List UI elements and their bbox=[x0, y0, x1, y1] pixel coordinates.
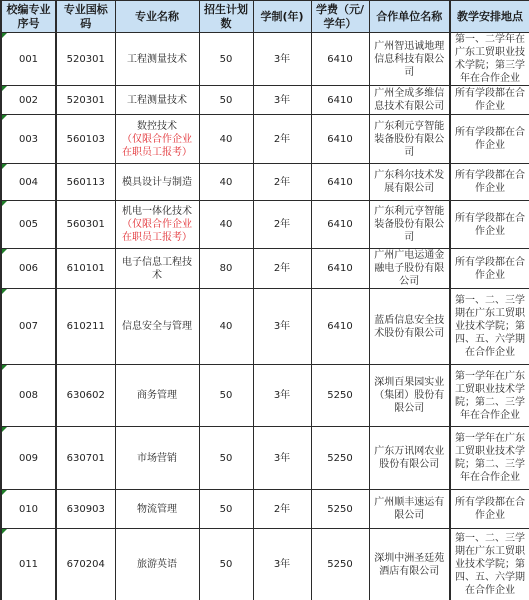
cell-fee: 6410 bbox=[311, 201, 369, 249]
cell-seq-text: 008 bbox=[19, 390, 38, 401]
cell-plan: 80 bbox=[199, 249, 253, 289]
cell-name-text: 旅游英语 bbox=[137, 559, 177, 570]
cell-code-text: 670204 bbox=[67, 559, 105, 570]
cell-seq: 010 bbox=[1, 490, 56, 529]
cell-fee-text: 6410 bbox=[327, 134, 352, 145]
cell-code-text: 630903 bbox=[67, 504, 105, 515]
cell-name-text: 市场营销 bbox=[137, 453, 177, 464]
cell-fee: 5250 bbox=[311, 490, 369, 529]
cell-partner: 广州顺丰速运有限公司 bbox=[369, 490, 450, 529]
cell-plan: 50 bbox=[199, 490, 253, 529]
cell-fee-text: 5250 bbox=[327, 504, 352, 515]
cell-name: 模具设计与制造 bbox=[115, 164, 199, 201]
cell-seq: 008 bbox=[1, 365, 56, 427]
cell-name-text: 信息安全与管理 bbox=[122, 321, 192, 332]
cell-seq-text: 001 bbox=[19, 54, 38, 65]
cell-seq-text: 003 bbox=[19, 134, 38, 145]
cell-comment-marker-icon bbox=[2, 115, 7, 120]
cell-location-text: 所有学段都在合作企业 bbox=[455, 213, 525, 237]
cell-location-text: 第一、二、三学期在广东工贸职业技术学院；第四、五、六学期在合作企业 bbox=[455, 533, 525, 596]
header-seq: 校编专业序号 bbox=[1, 1, 56, 33]
cell-plan-text: 40 bbox=[220, 134, 233, 145]
cell-plan-text: 50 bbox=[220, 453, 233, 464]
cell-name: 旅游英语 bbox=[115, 529, 199, 600]
cell-seq: 002 bbox=[1, 86, 56, 115]
cell-fee-text: 6410 bbox=[327, 54, 352, 65]
cell-plan-text: 50 bbox=[220, 559, 233, 570]
cell-fee: 6410 bbox=[311, 115, 369, 164]
cell-comment-marker-icon bbox=[2, 164, 7, 169]
table-row: 004560113模具设计与制造402年6410广东科尔技术发展有限公司所有学段… bbox=[1, 164, 529, 201]
cell-plan: 50 bbox=[199, 427, 253, 490]
cell-comment-marker-icon bbox=[2, 33, 7, 38]
header-name: 专业名称 bbox=[115, 1, 199, 33]
cell-partner: 广州全成多维信息技术有限公司 bbox=[369, 86, 450, 115]
cell-plan-text: 50 bbox=[220, 504, 233, 515]
cell-plan: 50 bbox=[199, 529, 253, 600]
cell-years-text: 3年 bbox=[274, 559, 290, 570]
cell-comment-marker-icon bbox=[2, 529, 7, 534]
cell-partner: 广东利元亨智能装备股份有限公司 bbox=[369, 201, 450, 249]
cell-fee: 5250 bbox=[311, 427, 369, 490]
table-row: 006610101电子信息工程技术802年6410广州广电运通金融电子股份有限公… bbox=[1, 249, 529, 289]
header-code: 专业国标码 bbox=[56, 1, 115, 33]
table-row: 011670204旅游英语503年5250深圳中洲圣廷苑酒店有限公司第一、二、三… bbox=[1, 529, 529, 600]
cell-years: 3年 bbox=[253, 427, 311, 490]
cell-code: 630602 bbox=[56, 365, 115, 427]
cell-comment-marker-icon bbox=[2, 86, 7, 91]
cell-code-text: 560103 bbox=[67, 134, 105, 145]
cell-years-text: 2年 bbox=[274, 177, 290, 188]
cell-years: 2年 bbox=[253, 201, 311, 249]
cell-partner: 深圳中洲圣廷苑酒店有限公司 bbox=[369, 529, 450, 600]
cell-years-text: 2年 bbox=[274, 504, 290, 515]
cell-partner: 深圳百果园实业（集团）股份有限公司 bbox=[369, 365, 450, 427]
cell-name: 工程测量技术 bbox=[115, 86, 199, 115]
cell-partner-text: 深圳中洲圣廷苑酒店有限公司 bbox=[374, 553, 444, 577]
cell-plan: 50 bbox=[199, 86, 253, 115]
cell-partner-text: 广州智迅诚地理信息科技有限公司 bbox=[374, 41, 444, 78]
cell-seq-text: 009 bbox=[19, 453, 38, 464]
cell-location-text: 第一学年在广东工贸职业技术学院；第二、三学年在合作企业 bbox=[455, 433, 525, 483]
cell-fee-text: 5250 bbox=[327, 390, 352, 401]
cell-code: 520301 bbox=[56, 33, 115, 86]
header-partner: 合作单位名称 bbox=[369, 1, 450, 33]
cell-code: 560103 bbox=[56, 115, 115, 164]
cell-seq-text: 002 bbox=[19, 95, 38, 106]
cell-partner-text: 深圳百果园实业（集团）股份有限公司 bbox=[374, 377, 444, 414]
cell-location: 第一、二、三学期在广东工贸职业技术学院；第四、五、六学期在合作企业 bbox=[450, 289, 529, 365]
cell-plan-text: 50 bbox=[220, 95, 233, 106]
cell-partner-text: 蓝盾信息安全技术股份有限公司 bbox=[374, 315, 444, 339]
cell-plan: 50 bbox=[199, 365, 253, 427]
cell-seq: 004 bbox=[1, 164, 56, 201]
cell-code-text: 560113 bbox=[67, 177, 105, 188]
header-plan: 招生计划数 bbox=[199, 1, 253, 33]
cell-years-text: 2年 bbox=[274, 219, 290, 230]
table-row: 002520301工程测量技术503年6410广州全成多维信息技术有限公司所有学… bbox=[1, 86, 529, 115]
cell-code: 560301 bbox=[56, 201, 115, 249]
cell-years: 3年 bbox=[253, 529, 311, 600]
cell-fee-text: 6410 bbox=[327, 95, 352, 106]
cell-name-text: 机电一体化技术 bbox=[122, 206, 192, 217]
cell-code-text: 560301 bbox=[67, 219, 105, 230]
cell-seq: 007 bbox=[1, 289, 56, 365]
cell-plan-text: 40 bbox=[220, 321, 233, 332]
cell-location-text: 所有学段都在合作企业 bbox=[455, 257, 525, 281]
cell-code-text: 610211 bbox=[67, 321, 105, 332]
cell-name-text: 物流管理 bbox=[137, 504, 177, 515]
cell-fee-text: 6410 bbox=[327, 263, 352, 274]
cell-name-text: 工程测量技术 bbox=[127, 95, 187, 106]
cell-years: 2年 bbox=[253, 164, 311, 201]
cell-years: 3年 bbox=[253, 289, 311, 365]
table-row: 008630602商务管理503年5250深圳百果园实业（集团）股份有限公司第一… bbox=[1, 365, 529, 427]
cell-fee-text: 6410 bbox=[327, 177, 352, 188]
cell-years: 3年 bbox=[253, 365, 311, 427]
cell-comment-marker-icon bbox=[2, 427, 7, 432]
cell-plan-text: 50 bbox=[220, 390, 233, 401]
enrollment-table: 校编专业序号 专业国标码 专业名称 招生计划数 学制(年) 学费（元/学年） 合… bbox=[0, 0, 529, 600]
cell-seq-text: 011 bbox=[19, 559, 38, 570]
cell-seq-text: 010 bbox=[19, 504, 38, 515]
cell-fee-text: 6410 bbox=[327, 321, 352, 332]
cell-plan-text: 40 bbox=[220, 219, 233, 230]
cell-code: 670204 bbox=[56, 529, 115, 600]
cell-fee: 5250 bbox=[311, 529, 369, 600]
cell-code-text: 610101 bbox=[67, 263, 105, 274]
cell-fee-text: 6410 bbox=[327, 219, 352, 230]
cell-fee-text: 5250 bbox=[327, 453, 352, 464]
cell-code-text: 520301 bbox=[67, 95, 105, 106]
cell-location: 所有学段都在合作企业 bbox=[450, 490, 529, 529]
cell-seq-text: 004 bbox=[19, 177, 38, 188]
cell-years-text: 2年 bbox=[274, 134, 290, 145]
cell-years: 2年 bbox=[253, 490, 311, 529]
enrollment-restriction-note: （仅限合作企业在职员工报考） bbox=[118, 218, 197, 244]
cell-partner-text: 广州广电运通金融电子股份有限公司 bbox=[374, 250, 444, 287]
cell-code: 520301 bbox=[56, 86, 115, 115]
header-fee: 学费（元/学年） bbox=[311, 1, 369, 33]
table-row: 003560103数控技术（仅限合作企业在职员工报考）402年6410广东利元亨… bbox=[1, 115, 529, 164]
cell-location: 第一、二学年在广东工贸职业技术学院；第三学年在合作企业 bbox=[450, 33, 529, 86]
cell-comment-marker-icon bbox=[2, 249, 7, 254]
cell-name: 电子信息工程技术 bbox=[115, 249, 199, 289]
cell-partner-text: 广州顺丰速运有限公司 bbox=[374, 497, 444, 521]
cell-name: 市场营销 bbox=[115, 427, 199, 490]
cell-location-text: 第一学年在广东工贸职业技术学院；第二、三学年在合作企业 bbox=[455, 371, 525, 421]
cell-seq-text: 006 bbox=[19, 263, 38, 274]
cell-years: 2年 bbox=[253, 115, 311, 164]
cell-location-text: 第一、二、三学期在广东工贸职业技术学院；第四、五、六学期在合作企业 bbox=[455, 295, 525, 358]
enrollment-restriction-note: （仅限合作企业在职员工报考） bbox=[118, 133, 197, 159]
cell-code: 610101 bbox=[56, 249, 115, 289]
cell-fee: 6410 bbox=[311, 164, 369, 201]
cell-code-text: 630602 bbox=[67, 390, 105, 401]
cell-fee: 5250 bbox=[311, 365, 369, 427]
cell-name-text: 工程测量技术 bbox=[127, 54, 187, 65]
cell-location: 所有学段都在合作企业 bbox=[450, 201, 529, 249]
cell-partner-text: 广东万讯网农业股份有限公司 bbox=[374, 446, 444, 470]
cell-name: 工程测量技术 bbox=[115, 33, 199, 86]
cell-years: 3年 bbox=[253, 86, 311, 115]
header-location: 教学安排地点 bbox=[450, 1, 529, 33]
table-row: 001520301工程测量技术503年6410广州智迅诚地理信息科技有限公司第一… bbox=[1, 33, 529, 86]
cell-partner: 广东利元亨智能装备股份有限公司 bbox=[369, 115, 450, 164]
table-row: 009630701市场营销503年5250广东万讯网农业股份有限公司第一学年在广… bbox=[1, 427, 529, 490]
cell-partner-text: 广州全成多维信息技术有限公司 bbox=[374, 88, 444, 112]
cell-name: 机电一体化技术（仅限合作企业在职员工报考） bbox=[115, 201, 199, 249]
cell-years: 3年 bbox=[253, 33, 311, 86]
cell-code-text: 520301 bbox=[67, 54, 105, 65]
cell-name: 商务管理 bbox=[115, 365, 199, 427]
cell-comment-marker-icon bbox=[2, 365, 7, 370]
cell-partner: 广州广电运通金融电子股份有限公司 bbox=[369, 249, 450, 289]
cell-plan: 40 bbox=[199, 115, 253, 164]
cell-years: 2年 bbox=[253, 249, 311, 289]
cell-seq: 001 bbox=[1, 33, 56, 86]
cell-name: 数控技术（仅限合作企业在职员工报考） bbox=[115, 115, 199, 164]
cell-plan: 40 bbox=[199, 164, 253, 201]
cell-location: 所有学段都在合作企业 bbox=[450, 164, 529, 201]
cell-location: 所有学段都在合作企业 bbox=[450, 115, 529, 164]
cell-partner: 蓝盾信息安全技术股份有限公司 bbox=[369, 289, 450, 365]
cell-name-text: 数控技术 bbox=[137, 121, 177, 132]
cell-location-text: 所有学段都在合作企业 bbox=[455, 127, 525, 151]
cell-plan-text: 80 bbox=[220, 263, 233, 274]
cell-partner-text: 广东科尔技术发展有限公司 bbox=[374, 170, 444, 194]
cell-location-text: 所有学段都在合作企业 bbox=[455, 88, 525, 112]
cell-fee-text: 5250 bbox=[327, 559, 352, 570]
cell-years-text: 3年 bbox=[274, 390, 290, 401]
cell-location: 第一学年在广东工贸职业技术学院；第二、三学年在合作企业 bbox=[450, 427, 529, 490]
cell-location-text: 所有学段都在合作企业 bbox=[455, 170, 525, 194]
cell-years-text: 3年 bbox=[274, 321, 290, 332]
cell-years-text: 3年 bbox=[274, 95, 290, 106]
cell-code: 630701 bbox=[56, 427, 115, 490]
cell-code: 610211 bbox=[56, 289, 115, 365]
cell-partner-text: 广东利元亨智能装备股份有限公司 bbox=[374, 121, 444, 158]
cell-location-text: 第一、二学年在广东工贸职业技术学院；第三学年在合作企业 bbox=[455, 34, 525, 84]
cell-partner: 广东科尔技术发展有限公司 bbox=[369, 164, 450, 201]
cell-name-text: 商务管理 bbox=[137, 390, 177, 401]
cell-name: 信息安全与管理 bbox=[115, 289, 199, 365]
table-row: 005560301机电一体化技术（仅限合作企业在职员工报考）402年6410广东… bbox=[1, 201, 529, 249]
cell-plan-text: 40 bbox=[220, 177, 233, 188]
cell-seq: 011 bbox=[1, 529, 56, 600]
cell-plan: 40 bbox=[199, 201, 253, 249]
cell-plan-text: 50 bbox=[220, 54, 233, 65]
cell-name: 物流管理 bbox=[115, 490, 199, 529]
cell-code: 560113 bbox=[56, 164, 115, 201]
cell-seq: 006 bbox=[1, 249, 56, 289]
cell-seq: 009 bbox=[1, 427, 56, 490]
cell-location: 所有学段都在合作企业 bbox=[450, 86, 529, 115]
cell-comment-marker-icon bbox=[2, 201, 7, 206]
cell-fee: 6410 bbox=[311, 86, 369, 115]
cell-comment-marker-icon bbox=[2, 289, 7, 294]
header-years: 学制(年) bbox=[253, 1, 311, 33]
cell-seq-text: 007 bbox=[19, 321, 38, 332]
cell-fee: 6410 bbox=[311, 289, 369, 365]
cell-years-text: 3年 bbox=[274, 54, 290, 65]
cell-name-text: 电子信息工程技术 bbox=[122, 257, 192, 281]
cell-seq: 003 bbox=[1, 115, 56, 164]
cell-comment-marker-icon bbox=[2, 490, 7, 495]
cell-years-text: 2年 bbox=[274, 263, 290, 274]
table-row: 007610211信息安全与管理403年6410蓝盾信息安全技术股份有限公司第一… bbox=[1, 289, 529, 365]
cell-partner: 广东万讯网农业股份有限公司 bbox=[369, 427, 450, 490]
cell-code: 630903 bbox=[56, 490, 115, 529]
cell-code-text: 630701 bbox=[67, 453, 105, 464]
cell-partner-text: 广东利元亨智能装备股份有限公司 bbox=[374, 206, 444, 243]
cell-seq-text: 005 bbox=[19, 219, 38, 230]
cell-location: 第一学年在广东工贸职业技术学院；第二、三学年在合作企业 bbox=[450, 365, 529, 427]
cell-fee: 6410 bbox=[311, 33, 369, 86]
cell-years-text: 3年 bbox=[274, 453, 290, 464]
cell-seq: 005 bbox=[1, 201, 56, 249]
cell-fee: 6410 bbox=[311, 249, 369, 289]
table-row: 010630903物流管理502年5250广州顺丰速运有限公司所有学段都在合作企… bbox=[1, 490, 529, 529]
cell-location: 所有学段都在合作企业 bbox=[450, 249, 529, 289]
cell-plan: 50 bbox=[199, 33, 253, 86]
cell-partner: 广州智迅诚地理信息科技有限公司 bbox=[369, 33, 450, 86]
cell-name-text: 模具设计与制造 bbox=[122, 177, 192, 188]
header-row: 校编专业序号 专业国标码 专业名称 招生计划数 学制(年) 学费（元/学年） 合… bbox=[1, 1, 529, 33]
cell-location-text: 所有学段都在合作企业 bbox=[455, 497, 525, 521]
cell-plan: 40 bbox=[199, 289, 253, 365]
cell-location: 第一、二、三学期在广东工贸职业技术学院；第四、五、六学期在合作企业 bbox=[450, 529, 529, 600]
